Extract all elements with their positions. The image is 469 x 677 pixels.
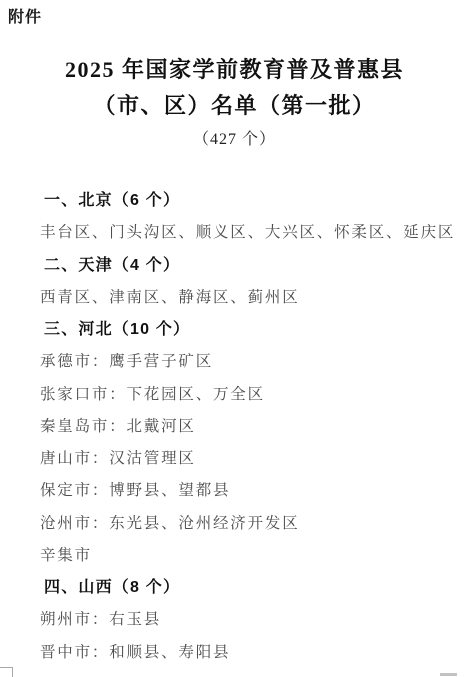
attachment-label: 附件 <box>8 4 42 27</box>
county-line: 张家口市：下花园区、万全区 <box>40 382 460 414</box>
county-line: 沧州市：东光县、沧州经济开发区 <box>40 511 460 543</box>
title-line-1: 2025 年国家学前教育普及普惠县 <box>0 52 469 88</box>
county-line: 朔州市：右玉县 <box>40 607 460 639</box>
page-edge-mark <box>440 673 457 676</box>
document-page: 附件 2025 年国家学前教育普及普惠县 （市、区）名单（第一批） （427 个… <box>0 0 469 677</box>
county-list: 一、北京（6 个）丰台区、门头沟区、顺义区、大兴区、怀柔区、延庆区二、天津（4 … <box>40 188 460 672</box>
section-heading: 一、北京（6 个） <box>40 188 460 220</box>
county-line: 西青区、津南区、静海区、蓟州区 <box>40 285 460 317</box>
county-line: 唐山市：汉沽管理区 <box>40 446 460 478</box>
county-line: 承德市：鹰手营子矿区 <box>40 349 460 381</box>
page-corner-border-fragment <box>0 667 13 677</box>
county-line: 保定市：博野县、望都县 <box>40 478 460 510</box>
section-heading: 二、天津（4 个） <box>40 253 460 285</box>
total-count: （427 个） <box>0 129 469 151</box>
county-line: 晋中市：和顺县、寿阳县 <box>40 640 460 672</box>
title-line-2: （市、区）名单（第一批） <box>0 88 469 124</box>
document-title: 2025 年国家学前教育普及普惠县 （市、区）名单（第一批） <box>0 52 469 123</box>
section-heading: 四、山西（8 个） <box>40 575 460 607</box>
section-heading: 三、河北（10 个） <box>40 317 460 349</box>
county-line: 丰台区、门头沟区、顺义区、大兴区、怀柔区、延庆区 <box>40 220 460 252</box>
county-line: 秦皇岛市：北戴河区 <box>40 414 460 446</box>
county-line: 辛集市 <box>40 543 460 575</box>
